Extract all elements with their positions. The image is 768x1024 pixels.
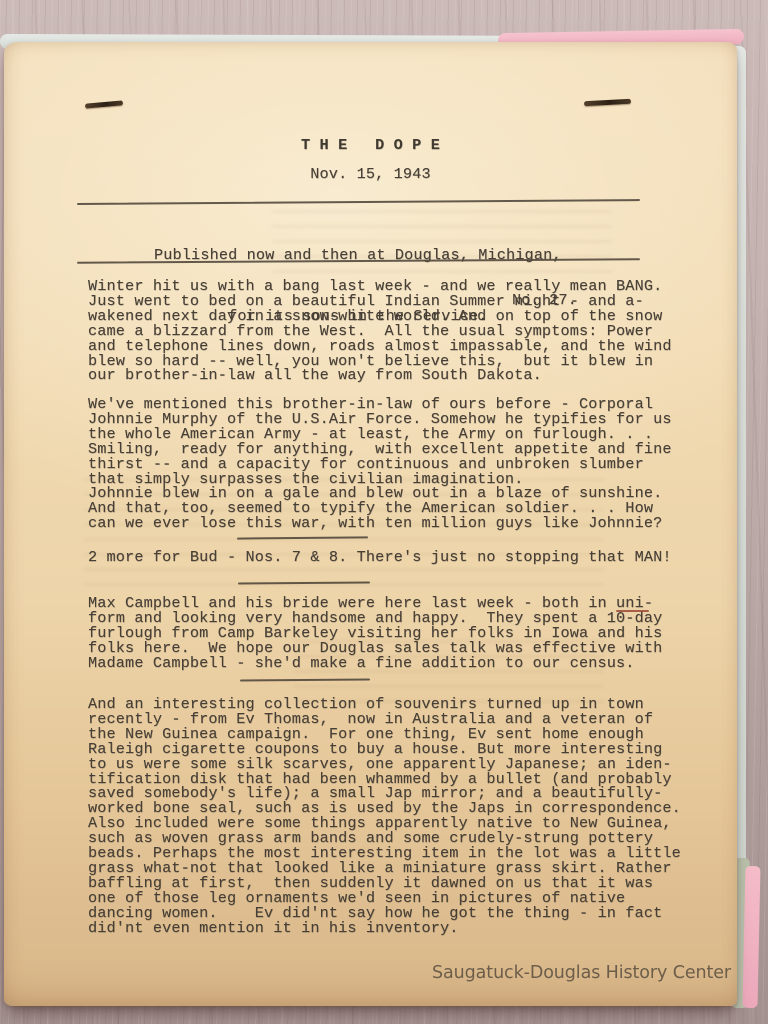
newsletter-title: T H E D O P E: [4, 138, 737, 153]
bud-update-line: 2 more for Bud - Nos. 7 & 8. There's jus…: [88, 550, 672, 565]
photo-of-newsletter: T H E D O P E Nov. 15, 1943 Published no…: [0, 0, 768, 1024]
paragraph-max-campbell: Max Campbell and his bride were here las…: [88, 596, 662, 671]
red-underline-mark: [616, 610, 649, 612]
divider-rule: [77, 199, 640, 205]
paragraph-winter-storm: Winter hit us with a bang last week - an…: [88, 279, 672, 383]
staple-left: [85, 100, 123, 108]
issue-date: Nov. 15, 1943: [4, 167, 737, 182]
pink-page-edge-bottom-right: [743, 866, 761, 1008]
paragraph-ev-thomas-souvenirs: And an interesting collection of souveni…: [88, 697, 681, 936]
watermark-history-center: Saugatuck-Douglas History Center: [432, 963, 731, 983]
staple-right: [584, 99, 631, 106]
newsletter-page: T H E D O P E Nov. 15, 1943 Published no…: [4, 42, 737, 1006]
paragraph-johnnie-murphy: We've mentioned this brother-in-law of o…: [88, 397, 672, 531]
